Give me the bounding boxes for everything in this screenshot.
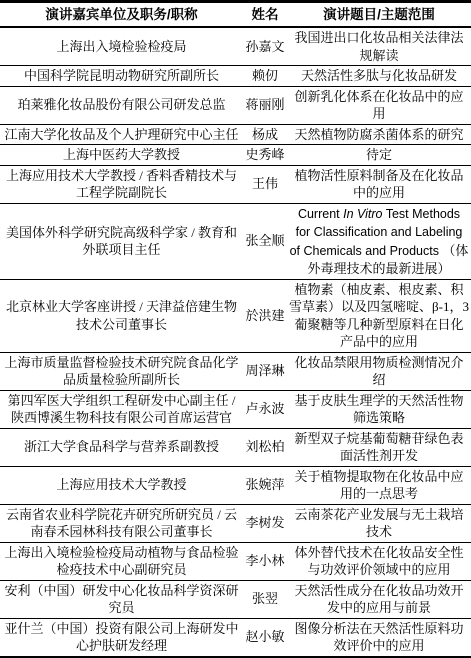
table-row: 北京林业大学客座讲授 / 天津益倍建生物技术公司董事长於洪建植物素（柚皮素、根皮… <box>0 279 471 352</box>
cell-speaker-name: 蒋丽刚 <box>243 86 287 124</box>
topic-segment: In Vitro <box>343 207 382 221</box>
cell-affiliation: 中国科学院昆明动物研究所副所长 <box>0 66 243 87</box>
cell-speaker-name: 李树发 <box>243 504 287 542</box>
table-row: 江南大学化妆品及个人护理研究中心主任杨成天然植物防腐杀菌体系的研究 <box>0 124 471 145</box>
cell-speaker-name: 赖仞 <box>243 66 287 87</box>
cell-topic: 基于皮肤生理学的天然活性物筛选策略 <box>287 390 471 428</box>
cell-speaker-name: 史秀峰 <box>243 145 287 166</box>
cell-affiliation: 上海市质量监督检验技术研究院食品化学品质量检验所副所长 <box>0 352 243 390</box>
table-row: 上海中医药大学教授史秀峰待定 <box>0 145 471 166</box>
table-row: 安利（中国）研发中心化妆品科学资深研究员张翌天然活性成分在化妆品功效开发中的应用… <box>0 580 471 618</box>
cell-affiliation: 上海应用技术大学教授 / 香料香精技术与工程学院副院长 <box>0 165 243 203</box>
header-cell-affiliation: 演讲嘉宾单位及职务/职称 <box>0 2 243 28</box>
cell-topic: 云南茶花产业发展与无土栽培技术 <box>287 504 471 542</box>
cell-topic: 图像分析法在天然活性原料功效评价中的应用 <box>287 618 471 657</box>
cell-affiliation: 珀莱雅化妆品股份有限公司研发总监 <box>0 86 243 124</box>
cell-affiliation: 安利（中国）研发中心化妆品科学资深研究员 <box>0 580 243 618</box>
cell-affiliation: 上海出入境检验检疫局 <box>0 27 243 66</box>
table-row: 中国科学院昆明动物研究所副所长赖仞天然活性多肽与化妆品研发 <box>0 66 471 87</box>
cell-topic: 我国进出口化妆品相关法律法规解读 <box>287 27 471 66</box>
header-cell-topic: 演讲题目/主题范围 <box>287 2 471 28</box>
cell-speaker-name: 张婉萍 <box>243 466 287 504</box>
table-row: 浙江大学食品科学与营养系副教授刘松柏新型双子烷基葡萄糖苷绿色表面活性剂开发 <box>0 428 471 466</box>
cell-topic: 天然植物防腐杀菌体系的研究 <box>287 124 471 145</box>
table-row: 第四军医大学组织工程研发中心副主任 / 陕西博溪生物科技有限公司首席运营官卢永波… <box>0 390 471 428</box>
cell-affiliation: 亚什兰（中国）投资有限公司上海研发中心护肤研发经理 <box>0 618 243 657</box>
cell-speaker-name: 张翌 <box>243 580 287 618</box>
topic-segment: Current <box>298 207 343 221</box>
table-header-row: 演讲嘉宾单位及职务/职称 姓名 演讲题目/主题范围 <box>0 2 471 28</box>
cell-affiliation: 上海中医药大学教授 <box>0 145 243 166</box>
table-row: 亚什兰（中国）投资有限公司上海研发中心护肤研发经理赵小敏图像分析法在天然活性原料… <box>0 618 471 657</box>
cell-speaker-name: 杨成 <box>243 124 287 145</box>
table-row: 上海市质量监督检验技术研究院食品化学品质量检验所副所长周泽琳化妆品禁限用物质检测… <box>0 352 471 390</box>
table-row: 上海应用技术大学教授张婉萍关于植物提取物在化妆品中应用的一点思考 <box>0 466 471 504</box>
cell-affiliation: 上海应用技术大学教授 <box>0 466 243 504</box>
cell-affiliation: 美国体外科学研究院高级科学家 / 教育和外联项目主任 <box>0 203 243 279</box>
header-cell-name: 姓名 <box>243 2 287 28</box>
cell-affiliation: 北京林业大学客座讲授 / 天津益倍建生物技术公司董事长 <box>0 279 243 352</box>
cell-topic: 新型双子烷基葡萄糖苷绿色表面活性剂开发 <box>287 428 471 466</box>
table-row: 上海应用技术大学教授 / 香料香精技术与工程学院副院长王伟植物活性原料制备及在化… <box>0 165 471 203</box>
cell-affiliation: 上海出入境检验检疫局动植物与食品检验检疫技术中心副研究员 <box>0 542 243 580</box>
cell-topic: 关于植物提取物在化妆品中应用的一点思考 <box>287 466 471 504</box>
table-row: 珀莱雅化妆品股份有限公司研发总监蒋丽刚创新乳化体系在化妆品中的应用 <box>0 86 471 124</box>
cell-speaker-name: 李小林 <box>243 542 287 580</box>
table-row: 上海出入境检验检疫局动植物与食品检验检疫技术中心副研究员李小林体外替代技术在化妆… <box>0 542 471 580</box>
cell-topic: 体外替代技术在化妆品安全性与功效评价领域中的应用 <box>287 542 471 580</box>
table-row: 美国体外科学研究院高级科学家 / 教育和外联项目主任张全顺Current In … <box>0 203 471 279</box>
table-row: 上海出入境检验检疫局孙嘉文我国进出口化妆品相关法律法规解读 <box>0 27 471 66</box>
cell-speaker-name: 王伟 <box>243 165 287 203</box>
cell-topic: 植物活性原料制备及在化妆品中的应用 <box>287 165 471 203</box>
cell-topic: 天然活性成分在化妆品功效开发中的应用与前景 <box>287 580 471 618</box>
cell-topic: 植物素（柚皮素、根皮素、积雪草素）以及四氢嘧啶、β-1，3 葡聚糖等几种新型原料… <box>287 279 471 352</box>
cell-topic: 待定 <box>287 145 471 166</box>
speaker-schedule-table: 演讲嘉宾单位及职务/职称 姓名 演讲题目/主题范围 上海出入境检验检疫局孙嘉文我… <box>0 0 471 658</box>
table-row: 云南省农业科学院花卉研究所研究员 / 云南春禾园林科技有限公司董事长李树发云南茶… <box>0 504 471 542</box>
cell-speaker-name: 卢永波 <box>243 390 287 428</box>
cell-topic: 化妆品禁限用物质检测情况介绍 <box>287 352 471 390</box>
cell-affiliation: 第四军医大学组织工程研发中心副主任 / 陕西博溪生物科技有限公司首席运营官 <box>0 390 243 428</box>
cell-speaker-name: 张全顺 <box>243 203 287 279</box>
cell-speaker-name: 於洪建 <box>243 279 287 352</box>
cell-speaker-name: 孙嘉文 <box>243 27 287 66</box>
table-body: 上海出入境检验检疫局孙嘉文我国进出口化妆品相关法律法规解读中国科学院昆明动物研究… <box>0 27 471 657</box>
cell-affiliation: 浙江大学食品科学与营养系副教授 <box>0 428 243 466</box>
cell-affiliation: 云南省农业科学院花卉研究所研究员 / 云南春禾园林科技有限公司董事长 <box>0 504 243 542</box>
cell-affiliation: 江南大学化妆品及个人护理研究中心主任 <box>0 124 243 145</box>
cell-topic: 创新乳化体系在化妆品中的应用 <box>287 86 471 124</box>
cell-speaker-name: 周泽琳 <box>243 352 287 390</box>
cell-speaker-name: 刘松柏 <box>243 428 287 466</box>
cell-topic: Current In Vitro Test Methods for Classi… <box>287 203 471 279</box>
cell-topic: 天然活性多肽与化妆品研发 <box>287 66 471 87</box>
cell-speaker-name: 赵小敏 <box>243 618 287 657</box>
